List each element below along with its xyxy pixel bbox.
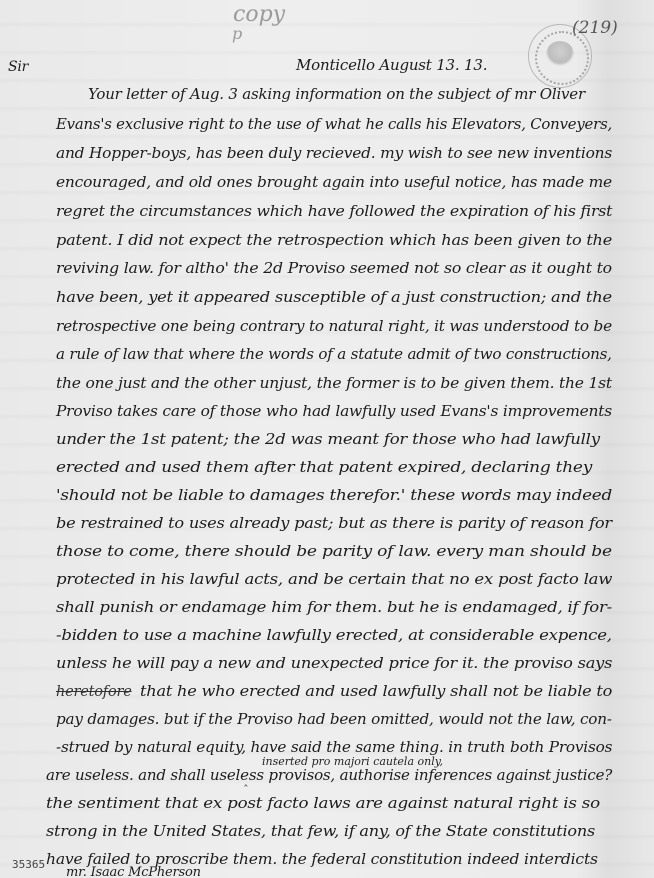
letter-line-26: the sentiment that ex post facto laws ar… — [46, 797, 600, 812]
letter-line-23: pay damages. but if the Proviso had been… — [56, 713, 612, 728]
struck-out-word: heretofore — [56, 685, 132, 700]
letter-line-4: encouraged, and old ones brought again i… — [56, 176, 612, 191]
letter-line-7: reviving law. for altho' the 2d Proviso … — [56, 262, 612, 277]
letter-line-18: protected in his lawful acts, and be cer… — [56, 573, 612, 588]
letter-line-3: and Hopper-boys, has been duly recieved.… — [56, 147, 612, 162]
letter-line-5: regret the circumstances which have foll… — [56, 205, 612, 220]
letter-line-20: -bidden to use a machine lawfully erecte… — [56, 629, 612, 644]
letter-line-14: erected and used them after that patent … — [56, 461, 592, 476]
page-number: (219) — [572, 18, 618, 38]
salutation: Sir — [8, 60, 28, 74]
recipient-name: mr. Isaac McPherson — [66, 866, 201, 878]
seal-eagle-icon — [546, 41, 574, 67]
letter-line-22: that he who erected and used lawfully sh… — [140, 685, 612, 700]
letter-line-2: Evans's exclusive right to the use of wh… — [56, 118, 612, 133]
letter-line-15: 'should not be liable to damages therefo… — [56, 489, 612, 504]
manuscript-page: copy p (219) Sir Monticello August 13. 1… — [0, 0, 654, 878]
letter-line-8: have been, yet it appeared susceptible o… — [56, 291, 612, 306]
dateline: Monticello August 13. 13. — [296, 58, 487, 73]
letter-line-16: be restrained to uses already past; but … — [56, 517, 612, 532]
letter-line-17: those to come, there should be parity of… — [56, 545, 612, 560]
letter-line-12: Proviso takes care of those who had lawf… — [56, 405, 612, 420]
letter-line-25: are useless. and shall useless provisos,… — [46, 769, 612, 784]
letter-line-19: shall punish or endamage him for them. b… — [56, 601, 612, 616]
letter-line-10: a rule of law that where the words of a … — [56, 348, 612, 363]
letter-line-9: retrospective one being contrary to natu… — [56, 320, 612, 335]
letter-line-11: the one just and the other unjust, the f… — [56, 377, 612, 392]
interlineation: inserted pro majori cautela only, — [262, 755, 443, 768]
letter-line-1: Your letter of Aug. 3 asking information… — [88, 88, 585, 103]
letter-line-13: under the 1st patent; the 2d was meant f… — [56, 433, 600, 448]
letter-line-21: unless he will pay a new and unexpected … — [56, 657, 612, 672]
letter-line-27: strong in the United States, that few, i… — [46, 825, 595, 840]
letter-line-24: -strued by natural equity, have said the… — [56, 741, 612, 756]
archive-stamp-number: 35365 — [12, 858, 45, 871]
letter-line-6: patent. I did not expect the retrospecti… — [56, 234, 612, 249]
annotation-p: p — [232, 24, 242, 43]
